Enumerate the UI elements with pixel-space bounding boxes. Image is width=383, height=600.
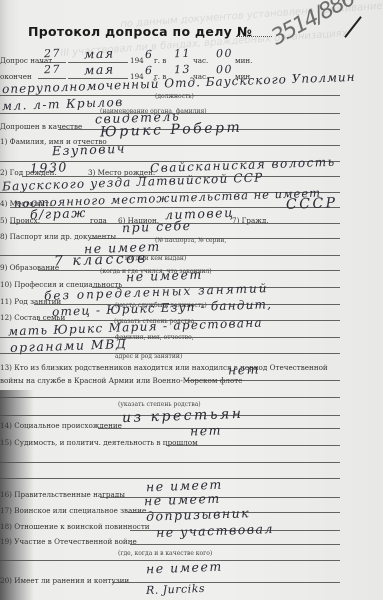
passport-value: при себе: [122, 218, 192, 235]
war-participation-value: не участвовал: [156, 521, 274, 540]
rule: [0, 462, 340, 463]
rule: [166, 445, 340, 446]
social-origin-value: из крестьян: [122, 406, 244, 426]
war-participation-caption: (где, когда и в качестве кого): [118, 550, 212, 557]
start-hour: 11: [174, 47, 191, 61]
case-number-line: [236, 36, 272, 37]
wounds-value: не имеет: [146, 559, 223, 577]
rule: [185, 380, 340, 381]
wounds-label: 20) Имеет ли ранения и контузии: [0, 576, 129, 585]
start-year-prefix: 194: [130, 56, 144, 65]
start-year-unit: г. в: [154, 56, 166, 65]
birth-year-value: 1930: [30, 159, 68, 175]
signature: R. Jurciks: [146, 582, 205, 597]
end-month: мая: [84, 61, 115, 77]
rank-label: 17) Воинское или специальное звание: [0, 506, 146, 515]
end-day: 27: [44, 63, 61, 77]
military-duty-label: 18) Отношение к воинской повинности: [0, 522, 150, 531]
origin-value: б/граж: [30, 205, 87, 222]
passport-label: 8) Паспорт или др. документы: [0, 232, 116, 241]
military-duty-value: допризывник: [146, 505, 251, 524]
education-value: 7 классов: [54, 250, 148, 269]
profession-value: не имеет: [126, 267, 203, 285]
rule: [130, 544, 340, 545]
end-year-suffix: 6: [145, 64, 154, 77]
start-month: мая: [84, 45, 115, 61]
start-day: 27: [44, 47, 61, 61]
family-caption-3: адрес и род занятий): [115, 353, 182, 360]
fio-value-2: Езупович: [52, 141, 126, 159]
citizenship-value: СССР: [286, 195, 338, 213]
officer-caption-position: (должность): [155, 93, 194, 100]
end-hour: 13: [174, 63, 191, 77]
document-title: Протокол допроса по делу №: [28, 24, 252, 39]
document-page: по данным документов установлено прожива…: [0, 0, 383, 600]
start-minute: 00: [216, 47, 233, 61]
relatives-army-value: нет: [228, 361, 260, 377]
repression-value: нет: [190, 422, 222, 438]
relatives-army-label: 13) Кто из близких родственников находит…: [0, 361, 340, 387]
start-minute-unit: мин.: [235, 56, 252, 65]
start-hour-unit: час.: [193, 56, 208, 65]
rule: [112, 582, 340, 583]
war-participation-label: 19) Участие в Отечественной войне: [0, 537, 137, 546]
start-year-suffix: 6: [145, 48, 154, 61]
end-label: окончен: [0, 72, 32, 81]
passport-caption: (№ паспорта, № серии,: [155, 237, 226, 244]
rule: [38, 78, 66, 79]
rule: [0, 397, 340, 398]
